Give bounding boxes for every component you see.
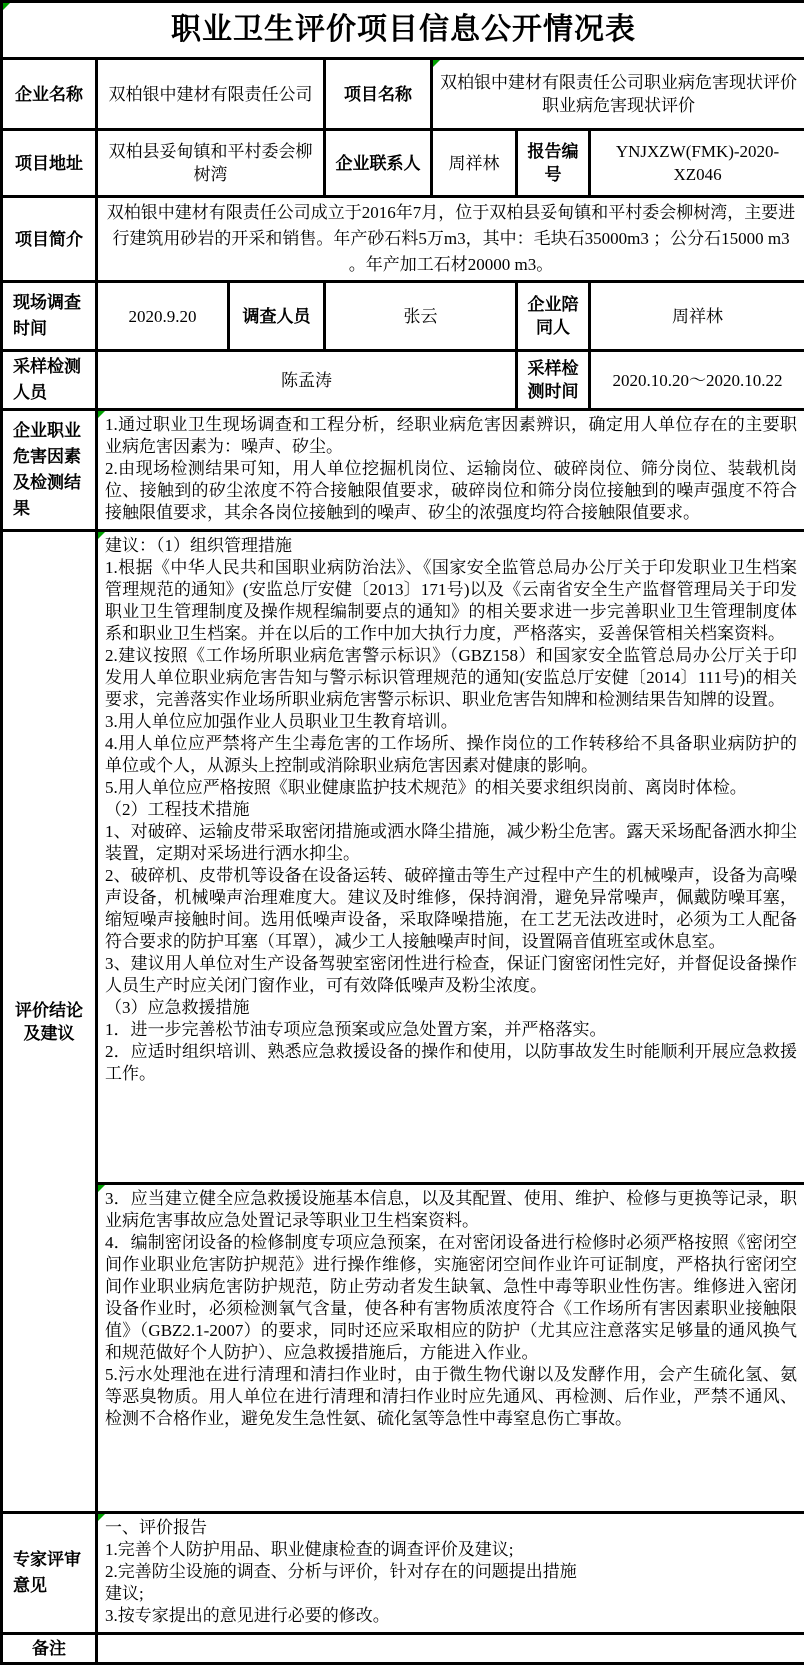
hazard-factors-text: 1.通过职业卫生现场调查和工程分析，经职业病危害因素辨识，确定用人单位存在的主要… — [105, 414, 797, 526]
surveyor-value: 张云 — [325, 282, 517, 351]
green-corner-marker-icon — [98, 411, 105, 418]
green-corner-marker-icon — [98, 532, 105, 539]
remark-label: 备注 — [2, 1634, 97, 1664]
green-corner-marker-icon — [98, 1514, 105, 1521]
green-corner-marker-icon — [3, 3, 10, 10]
green-corner-marker-icon — [98, 1185, 105, 1192]
sampler-value: 陈孟涛 — [97, 351, 517, 410]
company-name-value: 双柏银中建材有限责任公司 — [97, 59, 325, 130]
project-name-cell: 双柏银中建材有限责任公司职业病危害现状评价职业病危害现状评价 — [432, 59, 804, 130]
project-name-value: 双柏银中建材有限责任公司职业病危害现状评价职业病危害现状评价 — [440, 73, 797, 115]
disclosure-table: 职业卫生评价项目信息公开情况表 企业名称 双柏银中建材有限责任公司 项目名称 双… — [0, 0, 804, 1665]
conclusion-label: 评价结论及建议 — [2, 531, 97, 1513]
conclusion-part2-cell: 3．应当建立健全应急救援设施基本信息，以及其配置、使用、维护、检修与更换等记录，… — [97, 1184, 804, 1513]
report-no-label: 报告编号 — [517, 130, 590, 197]
page-title-cell: 职业卫生评价项目信息公开情况表 — [2, 2, 804, 59]
conclusion-part1-text: 建议：（1）组织管理措施 1.根据《中华人民共和国职业病防治法》、《国家安全监管… — [105, 535, 797, 1179]
escort-label: 企业陪同人 — [517, 282, 590, 351]
contact-value: 周祥林 — [432, 130, 517, 197]
escort-value: 周祥林 — [590, 282, 804, 351]
company-name-label: 企业名称 — [2, 59, 97, 130]
hazard-factors-cell: 1.通过职业卫生现场调查和工程分析，经职业病危害因素辨识，确定用人单位存在的主要… — [97, 410, 804, 531]
project-address-value: 双柏县妥甸镇和平村委会柳树湾 — [97, 130, 325, 197]
sampler-label: 采样检测人员 — [2, 351, 97, 410]
conclusion-part2-text: 3．应当建立健全应急救援设施基本信息，以及其配置、使用、维护、检修与更换等记录，… — [105, 1188, 797, 1508]
survey-date-value: 2020.9.20 — [97, 282, 229, 351]
contact-label: 企业联系人 — [325, 130, 432, 197]
expert-opinion-cell: 一、评价报告 1.完善个人防护用品、职业健康检查的调查评价及建议; 2.完善防尘… — [97, 1513, 804, 1634]
page-title: 职业卫生评价项目信息公开情况表 — [171, 13, 636, 46]
project-summary-value: 双柏银中建材有限责任公司成立于2016年7月，位于双柏县妥甸镇和平村委会柳树湾，… — [97, 197, 804, 282]
sampling-time-label: 采样检测时间 — [517, 351, 590, 410]
remark-value — [97, 1634, 804, 1664]
expert-opinion-label: 专家评审意见 — [2, 1513, 97, 1634]
surveyor-label: 调查人员 — [229, 282, 325, 351]
project-summary-label: 项目简介 — [2, 197, 97, 282]
expert-opinion-text: 一、评价报告 1.完善个人防护用品、职业健康检查的调查评价及建议; 2.完善防尘… — [105, 1517, 797, 1629]
sampling-time-value: 2020.10.20～2020.10.22 — [590, 351, 804, 410]
conclusion-part1-cell: 建议：（1）组织管理措施 1.根据《中华人民共和国职业病防治法》、《国家安全监管… — [97, 531, 804, 1184]
project-name-label: 项目名称 — [325, 59, 432, 130]
project-address-label: 项目地址 — [2, 130, 97, 197]
green-corner-marker-icon — [433, 60, 440, 67]
hazard-factors-label: 企业职业危害因素及检测结果 — [2, 410, 97, 531]
survey-date-label: 现场调查时间 — [2, 282, 97, 351]
report-no-value: YNJXZW(FMK)-2020-XZ046 — [590, 130, 804, 197]
